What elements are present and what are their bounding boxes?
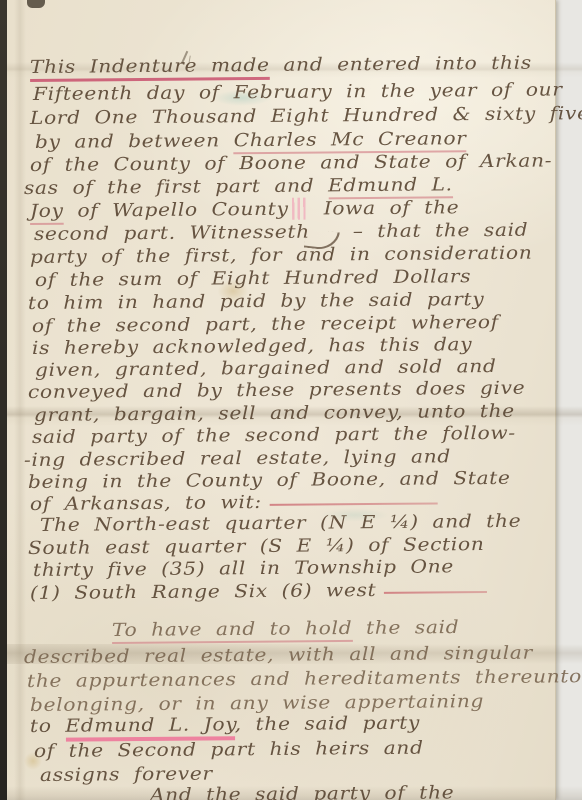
line-text: of Wapello County: [64, 199, 289, 222]
line-text: second part. Witnesseth: [34, 222, 310, 245]
underlined-text: To have and to hold: [112, 618, 352, 644]
underlined-text: Charles Mc Creanor: [234, 128, 467, 154]
corner-ink-mark: [27, 0, 45, 8]
line-text: the appurtenances and hereditaments ther…: [27, 666, 582, 692]
line-text: And the said party of the: [150, 782, 454, 800]
line-text: being in the County of Boone, and State: [28, 468, 511, 493]
handwritten-line: assigns forever: [40, 763, 213, 787]
handwritten-line: of the County of Boone and State of Arka…: [30, 150, 552, 177]
handwritten-line: conveyed and by these presents does give: [28, 378, 525, 404]
line-text: is hereby acknowledged, has this day: [32, 334, 472, 359]
line-text: – that the said: [339, 220, 528, 243]
line-text: The North-east quarter (N E ¼) and the: [40, 511, 521, 536]
handwritten-line: The North-east quarter (N E ¼) and the: [40, 511, 521, 537]
line-text: to: [30, 716, 66, 737]
line-text: to him in hand paid by the said party: [28, 289, 485, 314]
handwritten-line: being in the County of Boone, and State: [28, 468, 511, 494]
handwritten-line: To have and to hold the said: [112, 617, 459, 642]
handwritten-line: to Edmund L. Joy, the said party: [30, 713, 420, 738]
line-text: grant, bargain, sell and convey, unto th…: [34, 401, 515, 426]
line-text: of the second part, the receipt whereof: [32, 312, 499, 337]
handwritten-line: described real estate, with all and sing…: [24, 643, 533, 669]
line-text: described real estate, with all and sing…: [24, 643, 533, 668]
line-text: of Arkansas, to wit:: [30, 492, 262, 515]
line-text: of the Second part his heirs and: [34, 738, 424, 762]
handwritten-line: Fifteenth day of February in the year of…: [33, 79, 563, 106]
underlined-text: Edmund L. Joy: [65, 714, 235, 741]
handwritten-line: (1) South Range Six (6) west: [30, 579, 487, 605]
red-rule-line: [384, 591, 487, 594]
underlined-text: This Indenture made: [30, 55, 270, 82]
line-text: thirty five (35) all in Township One: [33, 556, 454, 581]
line-text: Iowa of the: [310, 197, 460, 219]
line-text: the said: [352, 617, 459, 639]
line-text: by and between: [35, 130, 234, 153]
handwritten-line: Joy of Wapello County Iowa of the: [30, 196, 460, 223]
line-text: Lord One Thousand Eight Hundred & sixty …: [30, 103, 582, 129]
line-text: , the said party: [235, 713, 421, 736]
handwritten-line: of the sum of Eight Hundred Dollars: [35, 266, 471, 292]
handwritten-line: thirty five (35) all in Township One: [33, 556, 454, 582]
handwritten-line: to him in hand paid by the said party: [28, 289, 485, 315]
line-text: party of the first, for and in considera…: [30, 243, 533, 268]
red-rule-line: [270, 502, 438, 505]
pink-scribble-mark: [292, 198, 307, 220]
line-text: given, granted, bargained and sold and: [35, 356, 497, 381]
line-text: assigns forever: [40, 763, 213, 786]
handwritten-line: by and between Charles Mc Creanor: [35, 128, 467, 154]
handwritten-line: of the Second part his heirs and: [34, 738, 424, 763]
line-text: (1) South Range Six (6) west: [30, 580, 377, 604]
line-text: sas of the first part and: [24, 175, 328, 199]
handwritten-line: said party of the second part the follow…: [32, 423, 516, 449]
line-text: of the sum of Eight Hundred Dollars: [35, 266, 471, 291]
handwritten-line: This Indenture made and entered into thi…: [30, 53, 532, 79]
line-text: South east quarter (S E ¼) of Section: [28, 534, 485, 559]
line-text: of the County of Boone and State of Arka…: [30, 150, 552, 176]
underlined-text: Joy: [30, 201, 64, 225]
scan-left-edge: [0, 0, 7, 800]
handwritten-line: And the said party of the: [150, 782, 454, 800]
line-text: Fifteenth day of February in the year of…: [33, 79, 563, 105]
line-text: said party of the second part the follow…: [32, 423, 516, 448]
line-text: -ing described real estate, lying and: [24, 446, 451, 471]
line-text: conveyed and by these presents does give: [28, 378, 525, 403]
handwritten-line: party of the first, for and in considera…: [30, 243, 533, 269]
line-text: and entered into this: [270, 53, 532, 76]
